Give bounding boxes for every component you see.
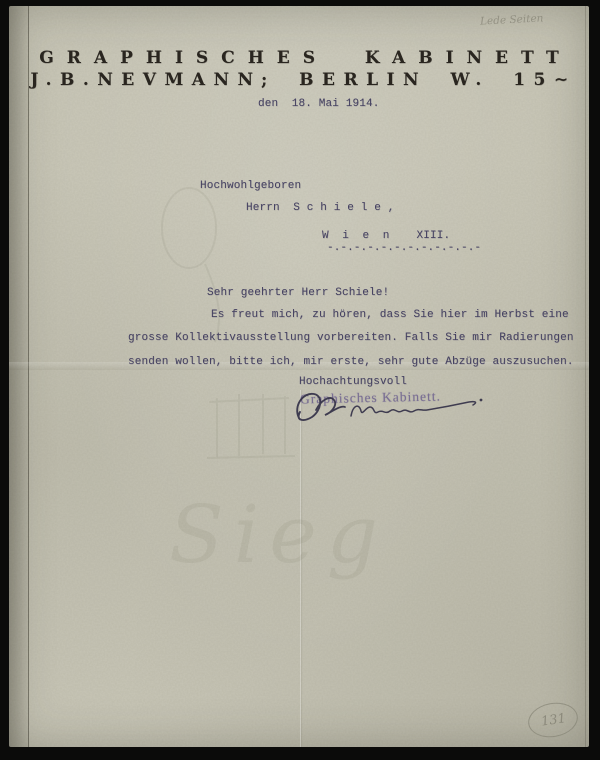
signature-jb-neumann: [283, 386, 493, 434]
salutation-line: Sehr geehrter Herr Schiele!: [207, 287, 389, 300]
page-number: 131: [540, 711, 567, 729]
recipient-underline: -.-.-.-.-.-.-.-.-.-.-.-: [327, 242, 481, 255]
letter-paper: Sieg GRAPHISCHES KABINETT J.B.NEVMANN; B…: [9, 6, 589, 747]
vertical-center-crease: [300, 390, 301, 747]
ghost-text: Sieg: [169, 488, 388, 581]
letterhead-line1: GRAPHISCHES KABINETT: [9, 48, 589, 68]
paper-right-edge-line: [585, 6, 586, 747]
recipient-honorific: Hochwohlgeboren: [200, 180, 301, 193]
letterhead-line2: J.B.NEVMANN; BERLIN W. 15∼: [9, 70, 589, 90]
body-line-3: senden wollen, bitte ich, mir erste, seh…: [128, 356, 574, 369]
page-number-circle: 131: [525, 699, 580, 741]
body-line-1: Es freut mich, zu hören, dass Sie hier i…: [211, 309, 569, 322]
pencil-note: Lede Seiten: [480, 12, 544, 27]
recipient-name: Herrn S c h i e l e ,: [246, 202, 395, 215]
body-line-2: grosse Kollektivausstellung vorbereiten.…: [128, 332, 574, 345]
date-line: den 18. Mai 1914.: [258, 98, 380, 111]
scan-background: Sieg GRAPHISCHES KABINETT J.B.NEVMANN; B…: [0, 0, 600, 760]
paper-left-edge-shadow: [9, 6, 29, 747]
